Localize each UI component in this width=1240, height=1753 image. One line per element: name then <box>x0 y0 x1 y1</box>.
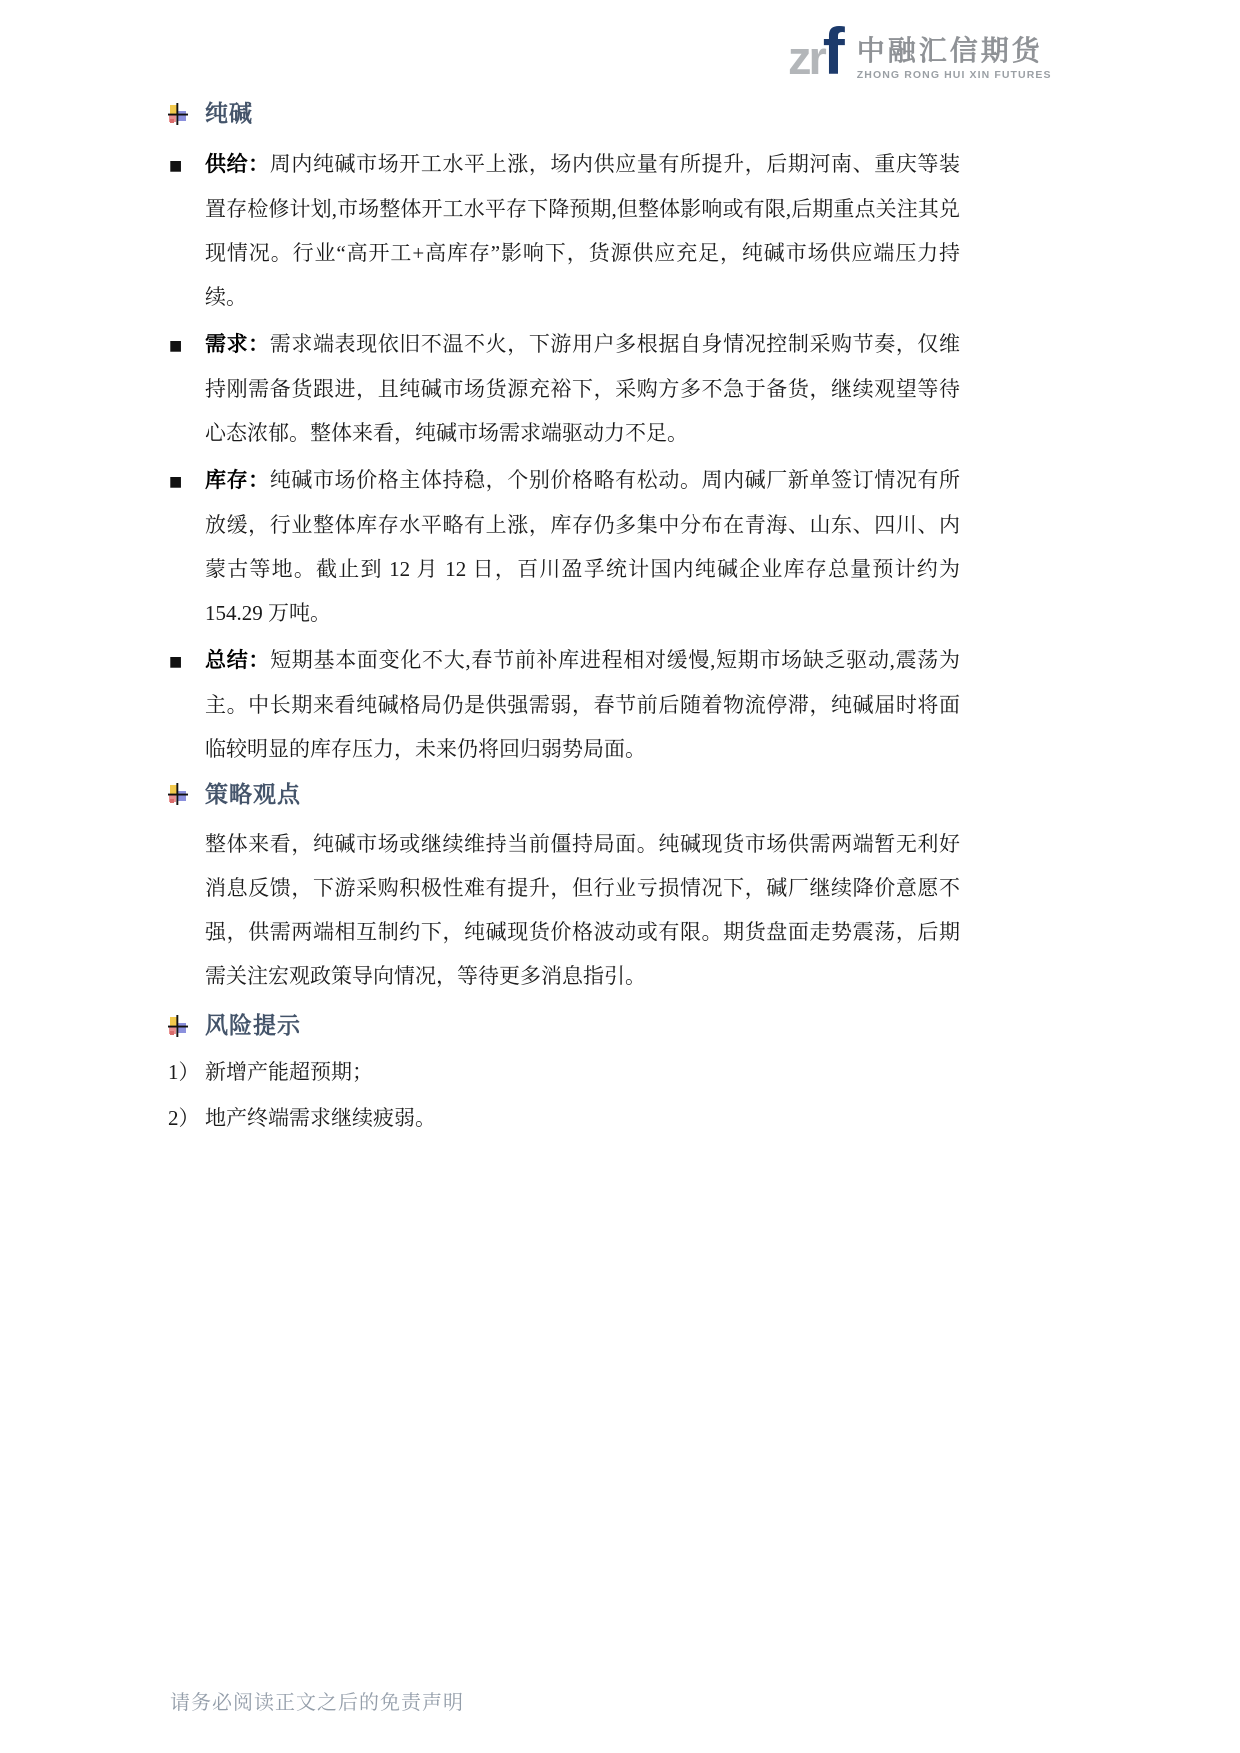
square-bullet-icon: ■ <box>169 144 182 188</box>
risk-item-number: 2） <box>168 1096 200 1141</box>
report-body: 纯碱 ■ 供给：周内纯碱市场开工水平上涨，场内供应量有所提升，后期河南、重庆等装… <box>168 94 960 1142</box>
section-heading-risk: 风险提示 <box>168 1012 960 1040</box>
risk-item-number: 1） <box>168 1050 200 1095</box>
colored-cross-bullet-icon <box>168 1015 188 1037</box>
bullet-item-demand: ■ 需求：需求端表现依旧不温不火，下游用户多根据自身情况控制采购节奏，仅维持刚需… <box>168 322 960 455</box>
section-title-risk: 风险提示 <box>205 1012 301 1040</box>
section-heading-soda-ash: 纯碱 <box>168 100 960 128</box>
company-logo: zrf 中融汇信期货 ZHONG RONG HUI XIN FUTURES <box>788 18 1052 84</box>
bullet-paragraph: 需求：需求端表现依旧不温不火，下游用户多根据自身情况控制采购节奏，仅维持刚需备货… <box>205 322 960 455</box>
bullet-paragraph: 库存：纯碱市场价格主体持稳，个别价格略有松动。周内碱厂新单签订情况有所放缓，行业… <box>205 458 960 635</box>
risk-item-2: 2） 地产终端需求继续疲弱。 <box>168 1096 960 1141</box>
risk-item-1: 1） 新增产能超预期； <box>168 1050 960 1095</box>
bullet-label: 总结： <box>205 649 270 672</box>
section-heading-strategy: 策略观点 <box>168 781 960 809</box>
footer-disclaimer: 请务必阅读正文之后的免责声明 <box>170 1686 464 1715</box>
logo-mark: zrf <box>788 18 845 84</box>
risk-item-text: 新增产能超预期； <box>205 1050 960 1095</box>
bullet-text: 短期基本面变化不大,春节前补库进程相对缓慢,短期市场缺乏驱动,震荡为主。中长期来… <box>205 648 960 761</box>
colored-cross-bullet-icon <box>168 103 188 125</box>
colored-cross-bullet-icon <box>168 783 188 805</box>
square-bullet-icon: ■ <box>169 324 182 368</box>
bullet-text: 周内纯碱市场开工水平上涨，场内供应量有所提升，后期河南、重庆等装置存检修计划,市… <box>205 152 960 309</box>
strategy-paragraph: 整体来看，纯碱市场或继续维持当前僵持局面。纯碱现货市场供需两端暂无利好消息反馈，… <box>205 822 960 998</box>
square-bullet-icon: ■ <box>169 460 182 504</box>
square-bullet-icon: ■ <box>169 640 182 684</box>
bullet-text: 纯碱市场价格主体持稳，个别价格略有松动。周内碱厂新单签订情况有所放缓，行业整体库… <box>205 468 960 625</box>
bullet-label: 供给： <box>205 153 270 176</box>
logo-letter-f: f <box>823 18 845 84</box>
logo-text: 中融汇信期货 ZHONG RONG HUI XIN FUTURES <box>857 21 1052 81</box>
report-page: zrf 中融汇信期货 ZHONG RONG HUI XIN FUTURES 纯碱 <box>0 0 1240 1753</box>
strategy-paragraph-wrap: 整体来看，纯碱市场或继续维持当前僵持局面。纯碱现货市场供需两端暂无利好消息反馈，… <box>168 822 960 998</box>
bullet-label: 库存： <box>205 469 270 492</box>
bullet-paragraph: 供给：周内纯碱市场开工水平上涨，场内供应量有所提升，后期河南、重庆等装置存检修计… <box>205 142 960 319</box>
logo-letters-zr: zr <box>788 34 824 81</box>
bullet-item-inventory: ■ 库存：纯碱市场价格主体持稳，个别价格略有松动。周内碱厂新单签订情况有所放缓，… <box>168 458 960 635</box>
bullet-text: 需求端表现依旧不温不火，下游用户多根据自身情况控制采购节奏，仅维持刚需备货跟进，… <box>205 332 960 445</box>
bullet-item-summary: ■ 总结：短期基本面变化不大,春节前补库进程相对缓慢,短期市场缺乏驱动,震荡为主… <box>168 638 960 771</box>
risk-item-text: 地产终端需求继续疲弱。 <box>205 1096 960 1141</box>
bullet-paragraph: 总结：短期基本面变化不大,春节前补库进程相对缓慢,短期市场缺乏驱动,震荡为主。中… <box>205 638 960 771</box>
section-title-soda-ash: 纯碱 <box>205 100 253 128</box>
company-name: 中融汇信期货 <box>857 35 1052 67</box>
bullet-label: 需求： <box>205 333 270 356</box>
section-title-strategy: 策略观点 <box>205 781 301 809</box>
company-name-en: ZHONG RONG HUI XIN FUTURES <box>857 69 1052 81</box>
bullet-item-supply: ■ 供给：周内纯碱市场开工水平上涨，场内供应量有所提升，后期河南、重庆等装置存检… <box>168 142 960 319</box>
